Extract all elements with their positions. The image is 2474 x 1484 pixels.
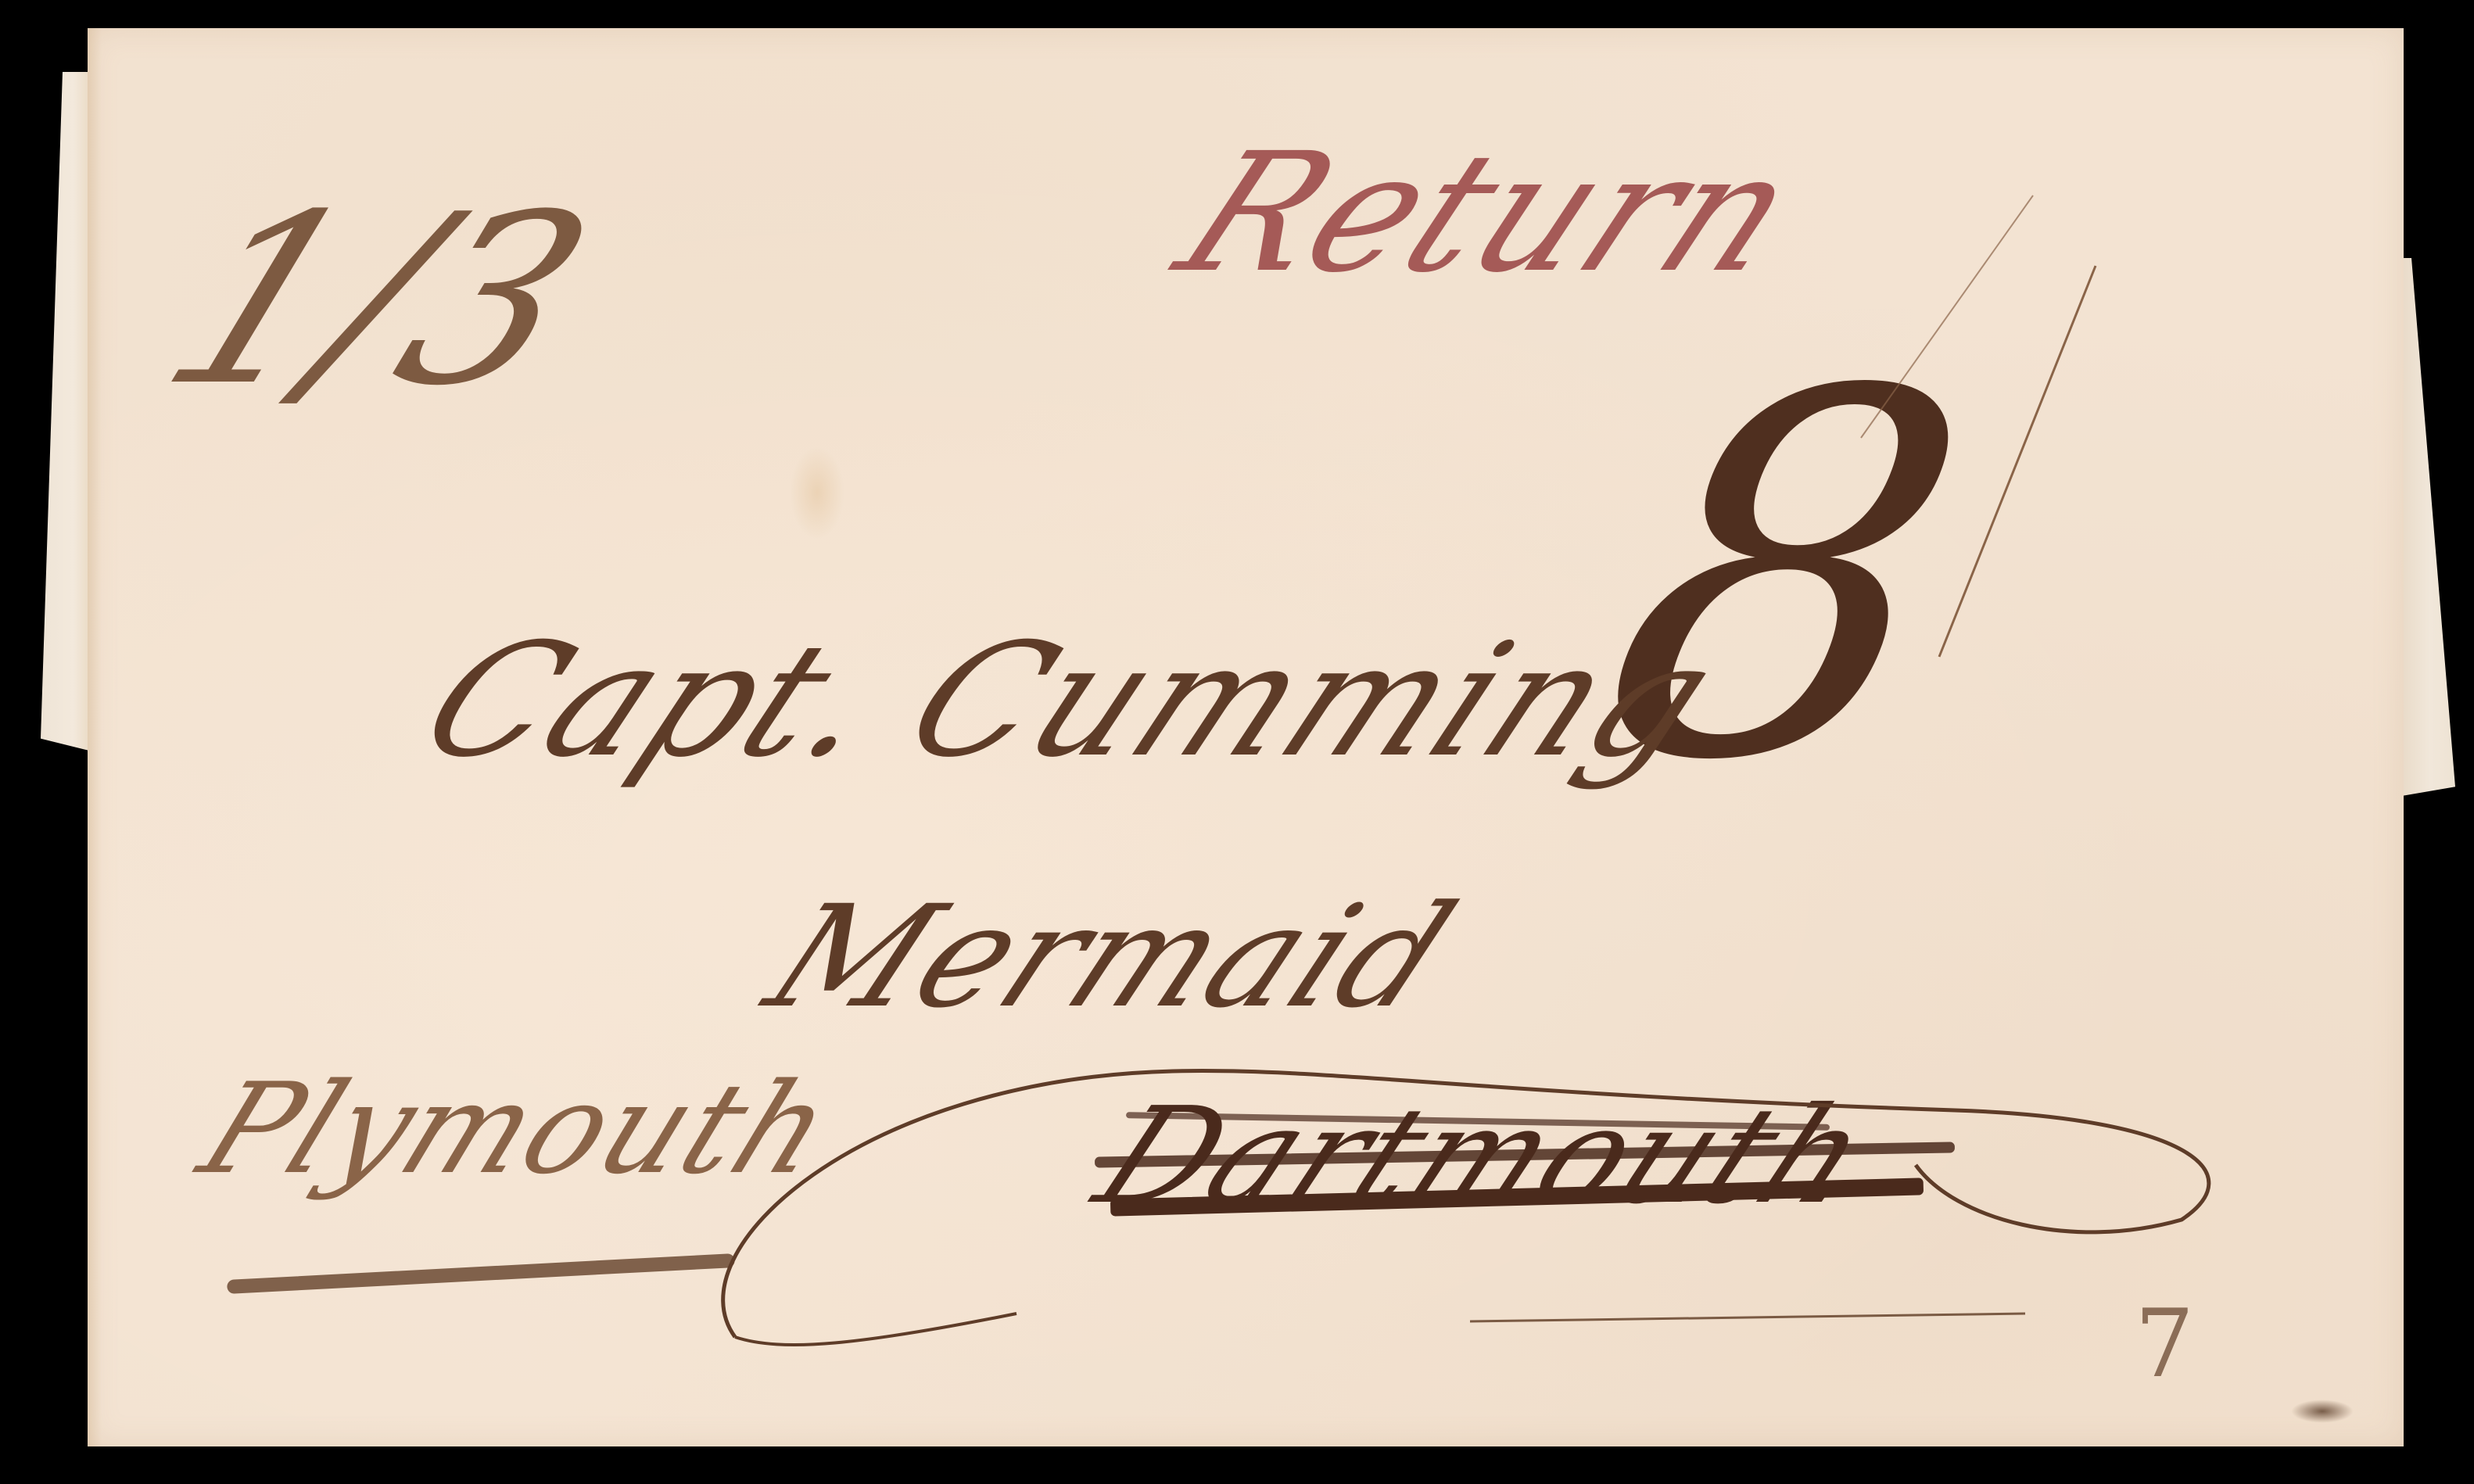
bottom-right-mark: 7 xyxy=(2135,1290,2196,1399)
ink-blot xyxy=(2291,1400,2354,1423)
pen-flourishes xyxy=(0,0,2474,1484)
scan-background: 1/3 Return 8 Capt. Cumming Mermaid Plymo… xyxy=(0,0,2474,1484)
